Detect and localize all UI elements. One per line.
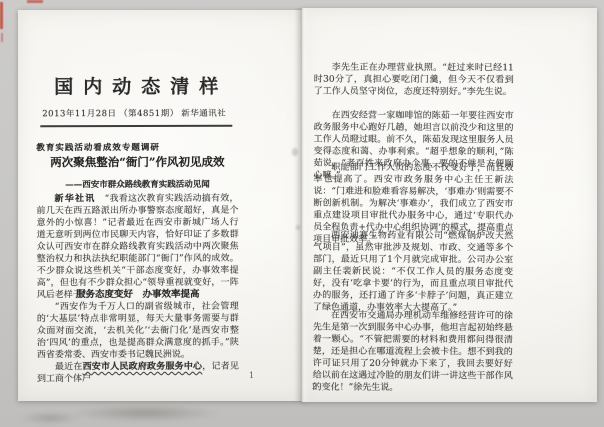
page-number-2: 2 (312, 382, 317, 391)
scan-smudge (70, 404, 220, 422)
body-paragraph-3: 最近在西安市人民政府政务服务中心，记者见到工商个体户 (37, 361, 239, 386)
red-stamp-artifact (0, 2, 3, 29)
body-paragraph-7: 西安迪赛生物药业有限公司“燃煤锅炉改天然气项目”，虽然审批涉及规划、市政、交通等… (313, 230, 513, 315)
masthead-title: 国内动态清样 (36, 72, 238, 100)
right-page: 李先生正在办理营业执照。“赶过来时已经11时30分了，真担心要吃闭门羹，但今天不… (302, 8, 597, 402)
column-kicker: 教育实践活动看成效专题调研 (36, 141, 160, 153)
paragraph-text: 最近在 (55, 362, 83, 372)
red-stamp-artifact (1, 33, 3, 42)
scan-speck (296, 225, 300, 230)
agency-name: 新华通讯社 (181, 107, 226, 119)
issue-number: （第4851期） (119, 107, 179, 119)
wire-lead: 新华社讯 (54, 194, 95, 204)
masthead-rule (40, 125, 232, 128)
underlined-phrase: 西安市人民政府政务服务中心 (83, 362, 203, 372)
body-paragraph-4: 李先生正在办理营业执照。“赶过来时已经11时30分了，真担心要吃闭门羹，但今天不… (314, 62, 514, 99)
body-paragraph-8: 在西安市交通局办理机动车维修经营许可的徐先生是第一次到服务中心办事，他坦言起初始… (313, 310, 513, 395)
dateline: 2013年11月28日 （第4851期） 新华通讯社 (42, 107, 226, 119)
article-subheadline: ——西安市群众路线教育实践活动见闻 (36, 178, 238, 191)
body-paragraph-2: “西安作为千万人口的副省级城市，社会管理的‘大基层’特点非常明显，每天大量事务需… (37, 301, 239, 362)
red-stamp-artifact (27, 0, 43, 3)
left-page: 国内动态清样 2013年11月28日 （第4851期） 新华通讯社 教育实践活动… (18, 10, 304, 401)
left-page-content: 国内动态清样 2013年11月28日 （第4851期） 新华通讯社 教育实践活动… (36, 10, 238, 11)
right-page-content: 李先生正在办理营业执照。“赶过来时已经11时30分了，真担心要吃闭门羹，但今天不… (314, 8, 514, 9)
dateline-date: 2013年11月28日 (42, 107, 116, 119)
section-heading: 服务态度变好 办事效率提高 (37, 286, 239, 301)
scan-speck (292, 148, 298, 156)
scanned-document-photo: 国内动态清样 2013年11月28日 （第4851期） 新华通讯社 教育实践活动… (0, 0, 604, 427)
paragraph-text: “我看这次教育实践活动搞有效，前几天在西五路派出所办事警察态度超好，真是个意外的… (37, 194, 239, 301)
page-number-1: 1 (249, 371, 254, 380)
scan-smudge (20, 412, 80, 424)
article-headline: 两次聚焦整治“衙门”作风初见成效 (36, 154, 238, 171)
